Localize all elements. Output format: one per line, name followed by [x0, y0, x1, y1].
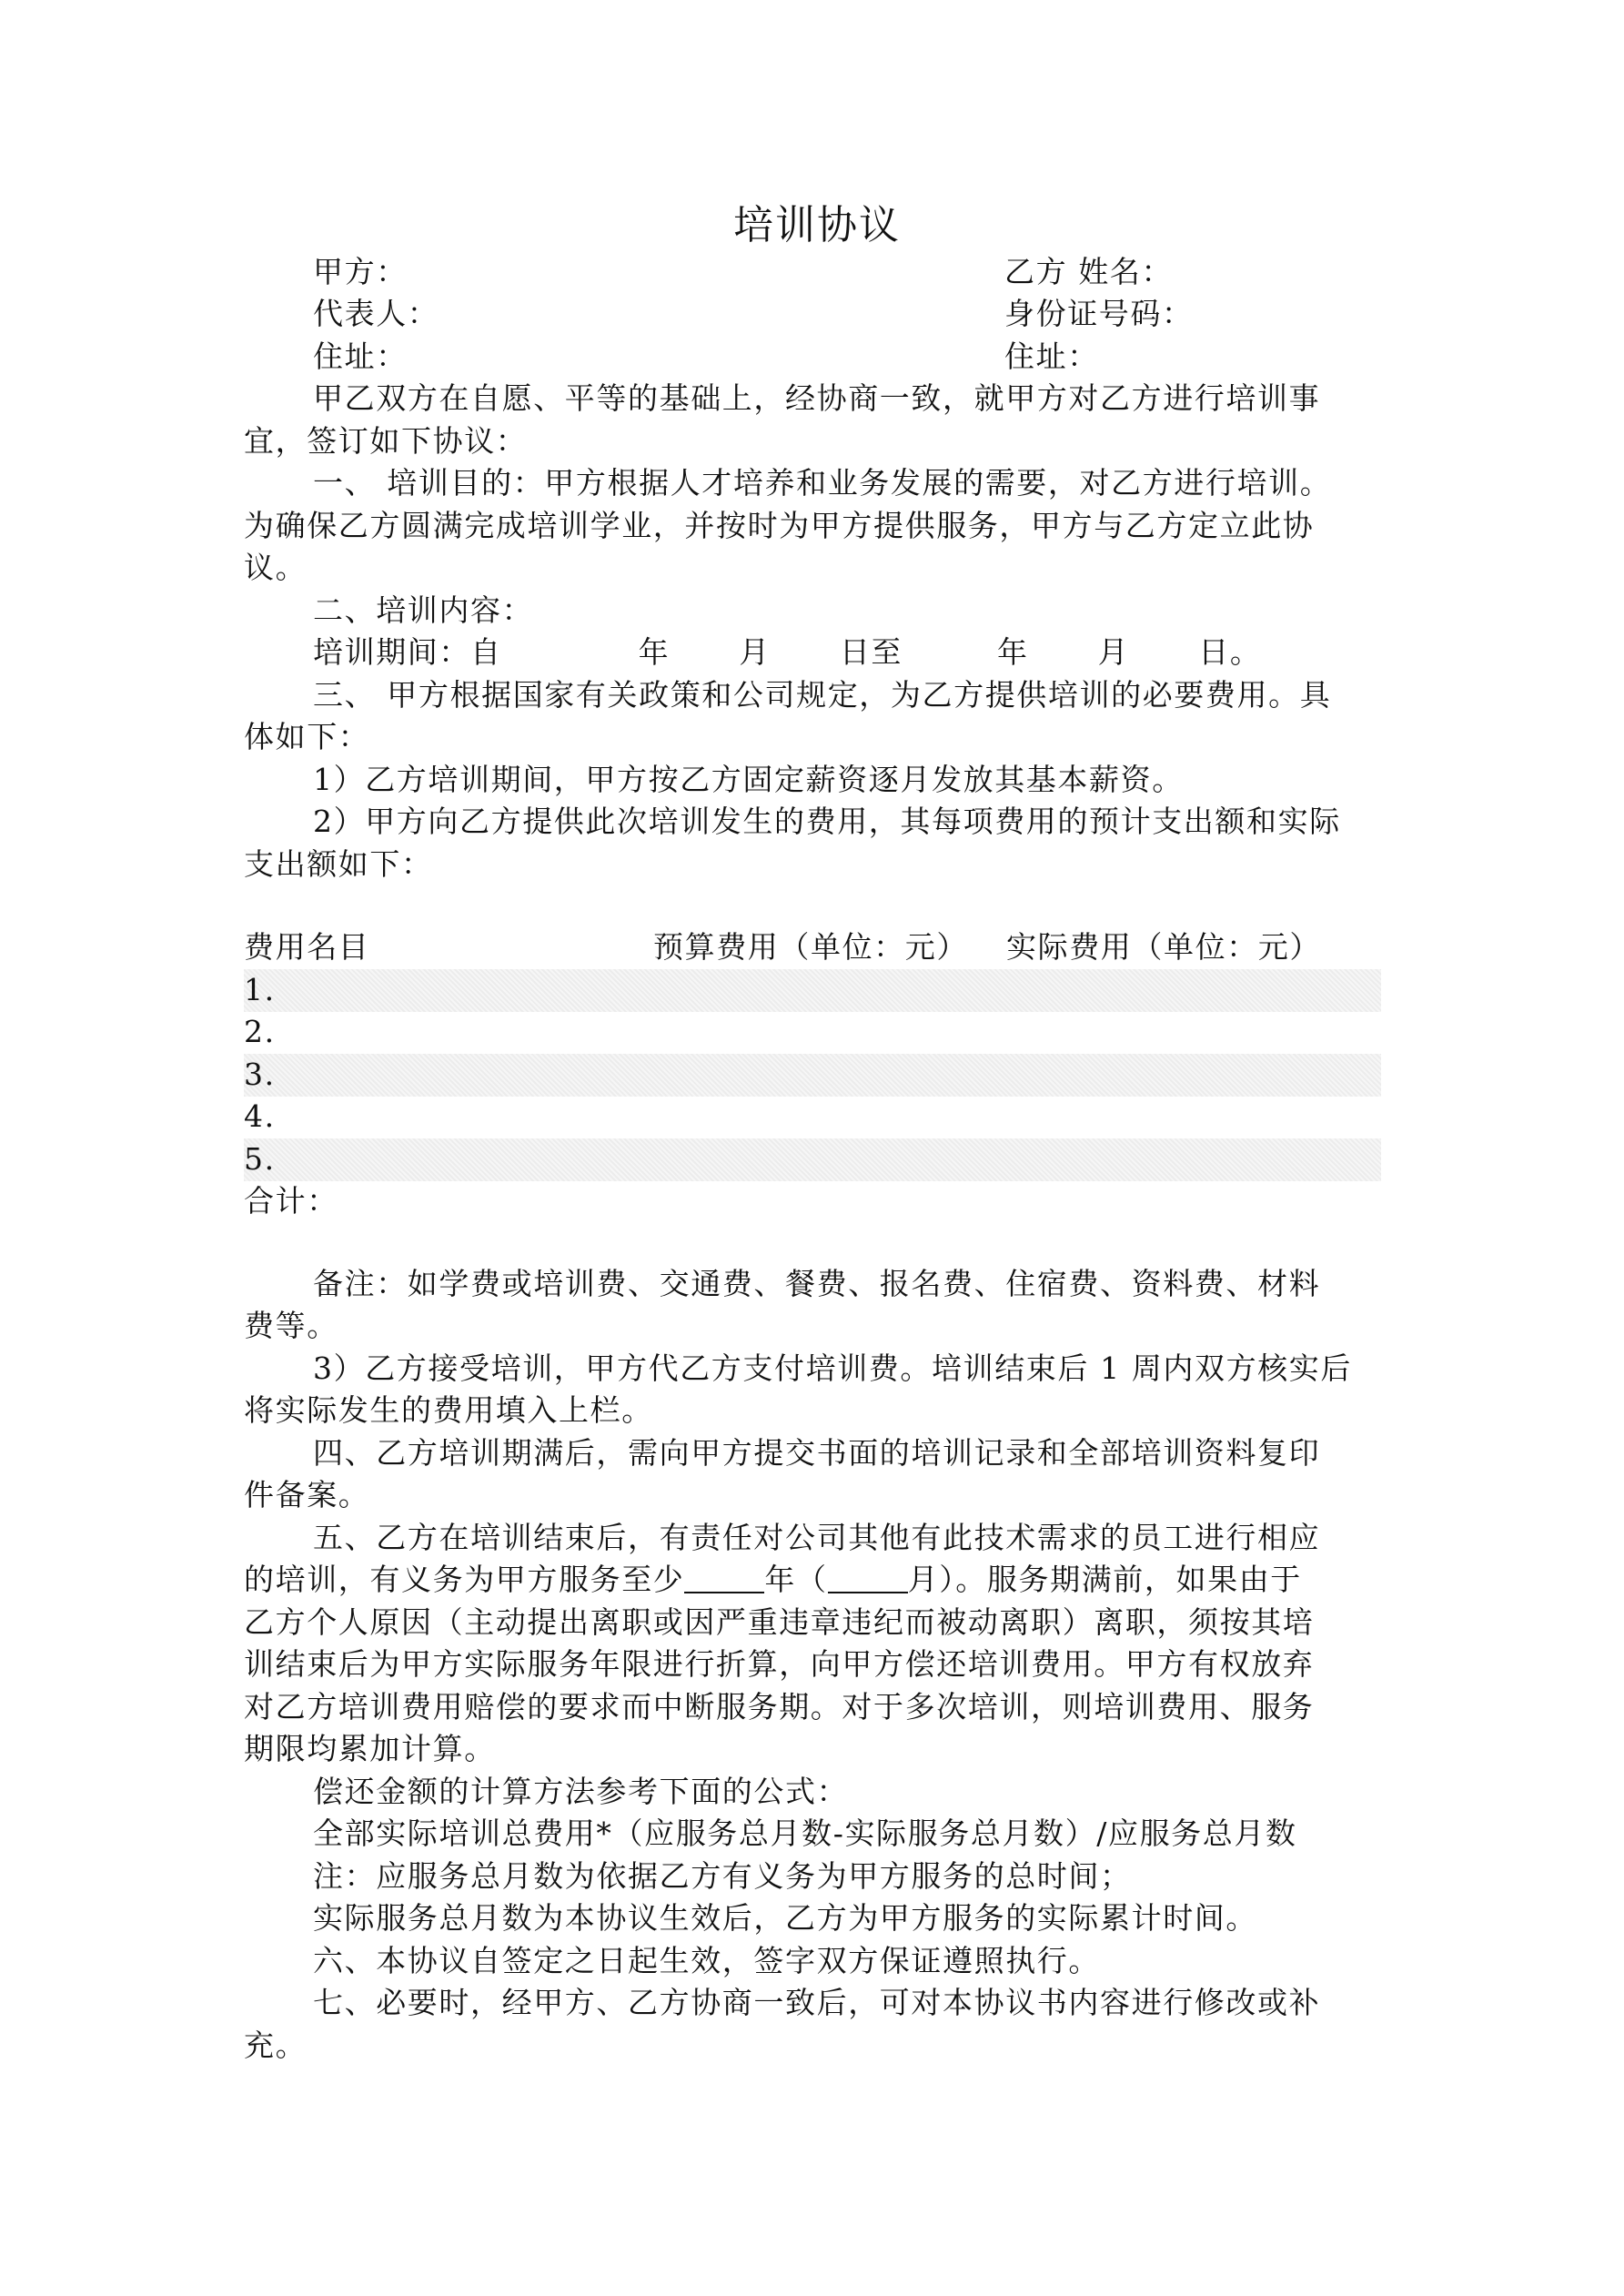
section5-line-6: 期限均累加计算。	[244, 1728, 1390, 1771]
item3-line-2: 将实际发生的费用填入上栏。	[244, 1390, 1390, 1432]
party-row-3: 住址： 住址：	[244, 336, 1459, 379]
service-years-prefix: 的培训，有义务为甲方服务至少	[244, 1562, 684, 1597]
section1-line-3: 议。	[244, 547, 1390, 590]
section3-item-2-line-2: 支出额如下：	[244, 844, 1390, 886]
id-number-label: 身份证号码：	[1004, 293, 1194, 336]
party-row-2: 代表人： 身份证号码：	[244, 293, 1459, 336]
party-row-1: 甲方： 乙方 姓名：	[244, 251, 1459, 294]
section4-line-1: 四、乙方培训期满后，需向甲方提交书面的培训记录和全部培训资料复印	[244, 1432, 1459, 1475]
service-months-suffix: 月）。服务期满前，如果由于	[908, 1562, 1302, 1597]
repayment-note-1: 注：应服务总月数为依据乙方有义务为甲方服务的总时间；	[244, 1856, 1459, 1898]
section1-line-1: 一、 培训目的：甲方根据人才培养和业务发展的需要，对乙方进行培训。	[244, 462, 1459, 505]
table-row: 3.	[244, 1054, 1390, 1097]
intro-line-2: 宜，签订如下协议：	[244, 420, 1390, 463]
section5-line-3: 乙方个人原因（主动提出离职或因严重违章违纪而被动离职）离职，须按其培	[244, 1602, 1390, 1644]
section5-line-5: 对乙方培训费用赔偿的要求而中断服务期。对于多次培训，则培训费用、服务	[244, 1686, 1390, 1729]
table-total: 合计：	[244, 1180, 1390, 1223]
representative-label: 代表人：	[313, 296, 439, 331]
repayment-note-2: 实际服务总月数为本协议生效后，乙方为甲方服务的实际累计时间。	[244, 1897, 1459, 1940]
table-row: 2.	[244, 1011, 1390, 1054]
section3-line-2: 体如下：	[244, 716, 1390, 759]
expense-table-header: 费用名目 预算费用（单位：元） 实际费用（单位：元）	[244, 926, 1390, 969]
party-b-name-label: 乙方 姓名：	[1004, 251, 1173, 294]
section5-line-2: 的培训，有义务为甲方服务至少年（月）。服务期满前，如果由于	[244, 1559, 1390, 1602]
section3-line-1: 三、 甲方根据国家有关政策和公司规定，为乙方提供培训的必要费用。具	[244, 674, 1459, 717]
repayment-intro: 偿还金额的计算方法参考下面的公式：	[244, 1771, 1459, 1814]
section4-line-2: 件备案。	[244, 1474, 1390, 1517]
intro-line-1: 甲乙双方在自愿、平等的基础上，经协商一致，就甲方对乙方进行培训事	[244, 378, 1459, 420]
service-years-blank[interactable]	[684, 1564, 764, 1593]
period-label: 培训期间：自	[313, 634, 502, 670]
period-day-to: 日至	[840, 634, 903, 670]
table-row: 1.	[244, 969, 1390, 1012]
period-day-2: 日。	[1198, 634, 1261, 670]
header-expense-item: 费用名目	[244, 929, 369, 965]
section7-line-1: 七、必要时，经甲方、乙方协商一致后，可对本协议书内容进行修改或补	[244, 1982, 1459, 2025]
address-b-label: 住址：	[1004, 336, 1099, 379]
item3-line-1: 3）乙方接受培训，甲方代乙方支付培训费。培训结束后 1 周内双方核实后	[244, 1348, 1459, 1391]
service-months-blank[interactable]	[828, 1564, 908, 1593]
training-period-line: 培训期间：自年月日至年月日。	[244, 632, 1459, 674]
period-month-2: 月	[1098, 634, 1130, 670]
period-month-1: 月	[739, 634, 771, 670]
header-actual: 实际费用（单位：元）	[1006, 926, 1321, 969]
section7-line-2: 充。	[244, 2025, 1390, 2068]
section5-line-1: 五、乙方在培训结束后，有责任对公司其他有此技术需求的员工进行相应	[244, 1517, 1459, 1560]
section3-item-1: 1）乙方培训期间，甲方按乙方固定薪资逐月发放其基本薪资。	[244, 759, 1459, 802]
section3-item-2-line-1: 2）甲方向乙方提供此次培训发生的费用，其每项费用的预计支出额和实际	[244, 801, 1459, 844]
remarks-line-1: 备注：如学费或培训费、交通费、餐费、报名费、住宿费、资料费、材料	[244, 1263, 1459, 1306]
period-year-1: 年	[639, 634, 671, 670]
period-year-2: 年	[997, 634, 1029, 670]
service-years-suffix: 年（	[764, 1562, 827, 1597]
remarks-line-2: 费等。	[244, 1305, 1390, 1348]
document-title: 培训协议	[244, 200, 1390, 251]
party-a-label: 甲方：	[313, 254, 408, 289]
section5-line-4: 训结束后为甲方实际服务年限进行折算，向甲方偿还培训费用。甲方有权放弃	[244, 1644, 1390, 1686]
section1-line-2: 为确保乙方圆满完成培训学业，并按时为甲方提供服务，甲方与乙方定立此协	[244, 505, 1390, 548]
section6-line-1: 六、本协议自签定之日起生效，签字双方保证遵照执行。	[244, 1940, 1459, 1983]
address-a-label: 住址：	[313, 339, 408, 374]
repayment-formula: 全部实际培训总费用*（应服务总月数-实际服务总月数）/应服务总月数	[244, 1813, 1459, 1856]
table-row: 5.	[244, 1138, 1390, 1181]
section2-heading: 二、培训内容：	[244, 590, 1459, 632]
header-budget: 预算费用（单位：元）	[653, 926, 968, 969]
table-row: 4.	[244, 1096, 1390, 1138]
